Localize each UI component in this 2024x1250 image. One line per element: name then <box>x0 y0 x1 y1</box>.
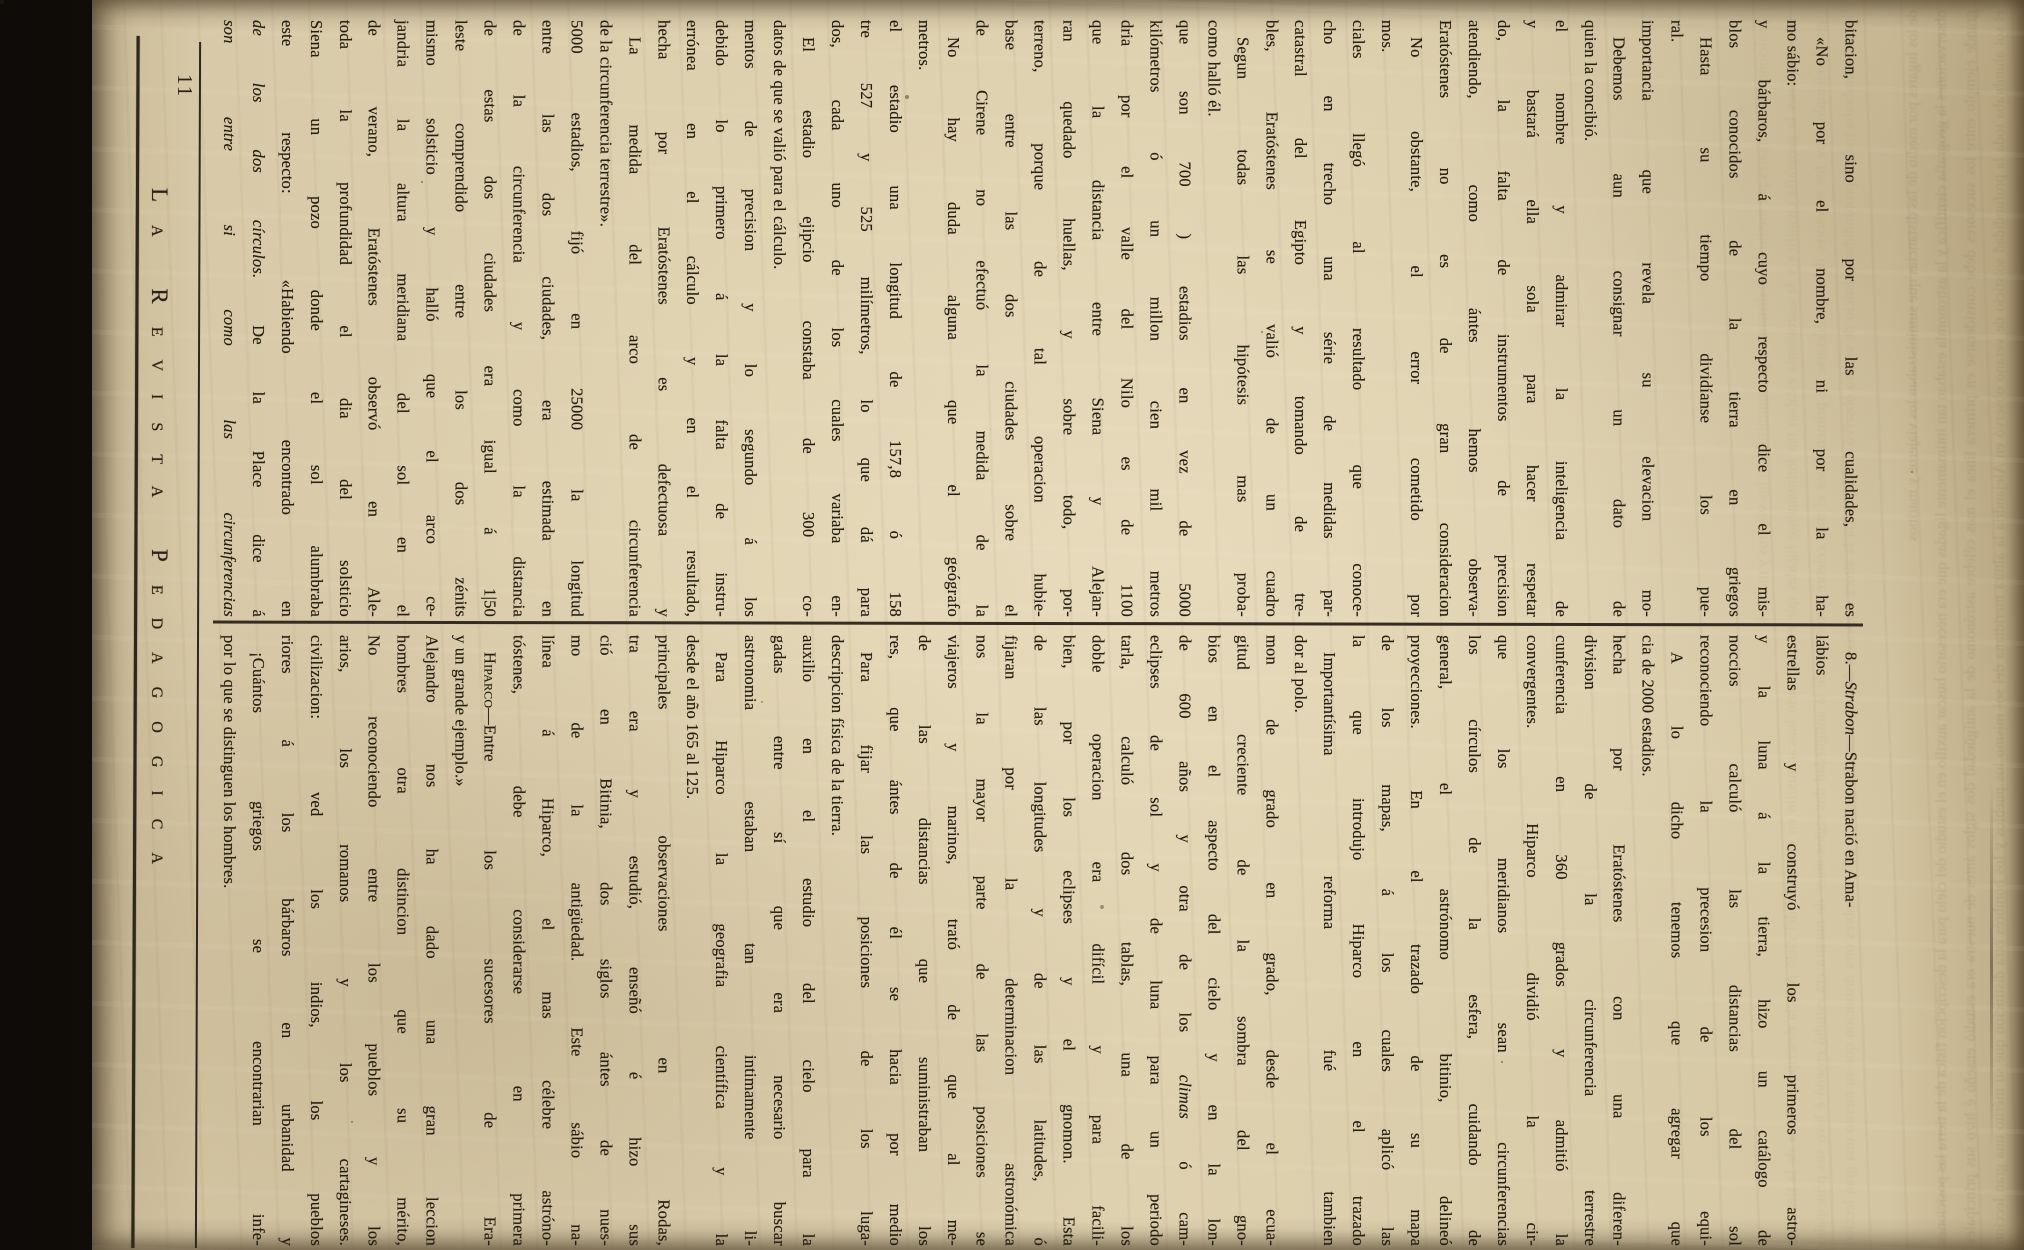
text-line: errónea en el cálculo y en el resultado, <box>677 20 706 617</box>
text-line: cia de 2000 estadios. <box>1633 635 1662 1246</box>
text-line: mo sábio: <box>1777 20 1806 617</box>
text-line: bios en el aspecto del cielo y en la lon… <box>1198 635 1227 1246</box>
text-line: auxilio en el estudio del cielo para la <box>793 635 822 1246</box>
text-line: No reconociendo entre los pueblos y los <box>359 635 388 1246</box>
text-line: «No por el nombre, ni por la ha- <box>1806 20 1835 617</box>
text-line: A lo dicho tenemos que agregar que <box>1662 635 1691 1246</box>
text-line: Hiparco—Entre los sucesores de Era- <box>475 635 504 1246</box>
text-line: desde el año 165 al 125. <box>677 635 706 1246</box>
text-line: de estas dos ciudades era igual á 1|50 <box>475 20 504 617</box>
text-line: hecha por Eratóstenes es defectuosa y <box>648 20 677 617</box>
text-line: de Cirene no efectuó la medida de la <box>967 20 996 617</box>
journal-title: La Revista Pedagogica <box>146 188 172 1250</box>
text-line: Hasta su tiempo dividíanse los pue- <box>1691 20 1720 617</box>
text-line: arios, los romanos y los cartagineses. <box>330 635 359 1246</box>
text-line: el estadio una longitud de 157,8 ó 158 <box>880 20 909 617</box>
scanned-journal-page: La Revista Pedagogica 11 son entre si co… <box>0 0 2024 1250</box>
text-line: leste comprendido entre los dos zénits <box>446 20 475 617</box>
text-line: de las distancias que suministraban los <box>909 635 938 1246</box>
text-line: tra era y estudió, enseñó é hizo sus <box>619 635 648 1246</box>
text-line: general, el astrónomo bitinio, delineó <box>1430 635 1459 1246</box>
text-line: estrellas y construyó los primeros astro… <box>1777 635 1806 1246</box>
text-line: jandria la altura meridiana del sol en e… <box>388 20 417 617</box>
text-line: toda la profundidad el dia del solsticio <box>330 20 359 617</box>
text-line: res, que ántes de él se hacia por medio <box>880 635 909 1246</box>
text-line: la que introdujo Hiparco en el trazado <box>1343 635 1372 1246</box>
text-line: tóstenes, debe considerarse en primera <box>504 635 533 1246</box>
text-line: cunferencia en 360 grados y admitió la <box>1546 635 1575 1246</box>
text-line: tarla, calculó dos tablas, una de los <box>1112 635 1141 1246</box>
text-line: blos conocidos de la tierra en griegos <box>1720 20 1749 617</box>
text-line: hecha por Eratóstenes con una diferen- <box>1604 635 1633 1246</box>
text-line: ciales llegó al resultado que conoce- <box>1343 20 1372 617</box>
text-line: ¡Cuántos griegos se encontrarian infe- <box>243 635 272 1246</box>
text-line: doble operacion era difícil y para facil… <box>1083 635 1112 1246</box>
running-head: La Revista Pedagogica 11 <box>146 0 194 1250</box>
text-line: debido lo primero á la falta de instru- <box>706 20 735 617</box>
text-line: los círculos de la esfera, cuidando de <box>1459 635 1488 1246</box>
text-line: datos de que se valió para el cálculo. <box>764 20 793 617</box>
text-line: descripcion física de la tierra. <box>822 635 851 1246</box>
text-line: 8.—Strabon—Strabon nació en Ama- <box>1835 635 1864 1246</box>
text-line: y bastará ella sola para hacer respetar <box>1517 20 1546 617</box>
text-line: que los meridianos sean circunferencias <box>1488 635 1517 1246</box>
text-line: Para Hiparco la geografia científica y l… <box>706 635 735 1246</box>
text-line: atendiendo, como ántes hemos observa- <box>1459 20 1488 617</box>
text-line: dria por el valle del Nilo es de 1100 <box>1112 20 1141 617</box>
text-line: y bárbaros, á cuyo respecto dice el mis- <box>1749 20 1778 617</box>
text-line: hombres otra distincion que su mérito, <box>388 635 417 1246</box>
text-line: Alejandro nos ha dado una gran leccion <box>417 635 446 1246</box>
column-left-text: son entre si como las circunferenciasde … <box>214 20 1866 617</box>
text-line: riores á los bárbaros en urbanidad y <box>272 635 301 1246</box>
text-line: mo de la antigüedad. Este sábio na- <box>561 635 590 1246</box>
text-line: Eratóstenes no es de gran consideracion <box>1430 20 1459 617</box>
text-line: bles, Eratóstenes se valió de un cuadro <box>1256 20 1285 617</box>
text-line: cho en trecho una série de medidas par- <box>1314 20 1343 617</box>
text-line: civilizacion: ved los indios, los pueblo… <box>301 635 330 1246</box>
text-line: astronomia estaban tan intimamente li- <box>735 635 764 1246</box>
text-line: este respecto: «Habiendo encontrado en <box>272 20 301 617</box>
text-line: principales observaciones en Rodas, <box>648 635 677 1246</box>
text-line: ran quedado huellas, y sobre todo, por- <box>1054 20 1083 617</box>
text-line: el nombre y admirar la inteligencia de <box>1546 20 1575 617</box>
text-line: ció en Bitinia, dos siglos ántes de nues… <box>590 635 619 1246</box>
text-line: de los mapas, á los cuales aplicó las <box>1372 635 1401 1246</box>
text-line: lábios <box>1806 635 1835 1246</box>
text-line: mos. <box>1372 20 1401 617</box>
text-line: mismo solsticio y halló que el arco ce- <box>417 20 446 617</box>
text-line: viajeros y marinos, trató de que al me- <box>938 635 967 1246</box>
text-line: son entre si como las circunferencias <box>214 20 243 617</box>
text-line: Siena un pozo donde el sol alumbraba <box>301 20 330 617</box>
text-line: gitud creciente de la sombra del gno- <box>1227 635 1256 1246</box>
text-line: proyecciones. En el trazado de su mapa <box>1401 635 1430 1246</box>
text-line: de verano, Eratóstenes observó en Ale- <box>359 20 388 617</box>
text-line: fijaran por la determinacion astronómica <box>996 635 1025 1246</box>
text-line: metros. <box>909 20 938 617</box>
text-line: No obstante, el error cometido por <box>1401 20 1430 617</box>
column-right-text: por lo que se distinguen los hombres.¡Cu… <box>214 635 1866 1246</box>
text-line: de 600 años y otra de los climas ó cam- <box>1169 635 1198 1246</box>
text-line: de la circunferencia terrestre». <box>590 20 619 617</box>
text-line: como halló él. <box>1198 20 1227 617</box>
text-line: reconociendo la precesion de los equi- <box>1691 635 1720 1246</box>
text-line: dos, cada uno de los cuales variaba en- <box>822 20 851 617</box>
text-line: de las longitudes y de las latitudes, ó <box>1025 635 1054 1246</box>
text-line: Debemos aun consignar un dato de <box>1604 20 1633 617</box>
text-line: de los dos círculos. De la Place dice á <box>243 20 272 617</box>
text-line: Segun todas las hipótesis mas proba- <box>1227 20 1256 617</box>
text-line: division de la circunferencia terrestre <box>1575 635 1604 1246</box>
text-line: convergentes. Hiparco dividió la cir- <box>1517 635 1546 1246</box>
text-line: bien, por los eclipses y el gnomon. Esta <box>1054 635 1083 1246</box>
text-line: dor al polo. <box>1285 635 1314 1246</box>
text-line: y la luna á la tierra, hizo un catálogo … <box>1749 635 1778 1246</box>
text-line: Para fijar las posiciones de los luga- <box>851 635 880 1246</box>
text-line: tre 527 y 525 milímetros, lo que dá para <box>851 20 880 617</box>
paper-specks <box>0 0 4 4</box>
text-line: línea á Hiparco, el mas célebre astróno- <box>532 635 561 1246</box>
text-line: do, la falta de instrumentos de precisio… <box>1488 20 1517 617</box>
text-line: 5000 estadios, fijó en 25000 la longitud <box>561 20 590 617</box>
text-line: quien la concibió. <box>1575 20 1604 617</box>
paper-edge-crease <box>1990 780 1993 1150</box>
text-line: que la distancia entre Siena y Alejan- <box>1083 20 1112 617</box>
text-line: nos la mayor parte de las posiciones se <box>967 635 996 1246</box>
text-line: eclipses de sol y de luna para un period… <box>1141 635 1170 1246</box>
text-line: Importantísima reforma fué tambien <box>1314 635 1343 1246</box>
text-line: La medida del arco de circunferencia <box>619 20 648 617</box>
text-line: gadas entre sí que era necesario buscar <box>764 635 793 1246</box>
text-line: y un grande ejemplo.» <box>446 635 475 1246</box>
text-line: base entre las dos ciudades sobre el <box>996 20 1025 617</box>
text-line: ral. <box>1662 20 1691 617</box>
text-line: entre las dos ciudades, era estimada en <box>532 20 561 617</box>
text-line: importancia que revela su elevacion mo- <box>1633 20 1662 617</box>
text-line: catastral del Egipto y tomando de tre- <box>1285 20 1314 617</box>
text-line: por lo que se distinguen los hombres. <box>214 635 243 1246</box>
text-line: El estadio ejipcio constaba de 300 co- <box>793 20 822 617</box>
text-line: kilómetros ó un millon cien mil metros <box>1141 20 1170 617</box>
text-line: mentos de precision y lo segundo á los <box>735 20 764 617</box>
text-line: terreno, porque de tal operacion hubie- <box>1025 20 1054 617</box>
text-line: bitacion, sino por las cualidades, es <box>1835 20 1864 617</box>
text-line: No hay duda alguna que el geógrafo <box>938 20 967 617</box>
text-line: que son 700 ) estadios en vez de 5000 <box>1169 20 1198 617</box>
text-line: mon de grado en grado, desde el ecua- <box>1256 635 1285 1246</box>
page-number: 11 <box>172 74 197 1250</box>
text-line: de la circunferencia y como la distancia <box>504 20 533 617</box>
text-line: noccios calculó las distancias del sol <box>1720 635 1749 1246</box>
